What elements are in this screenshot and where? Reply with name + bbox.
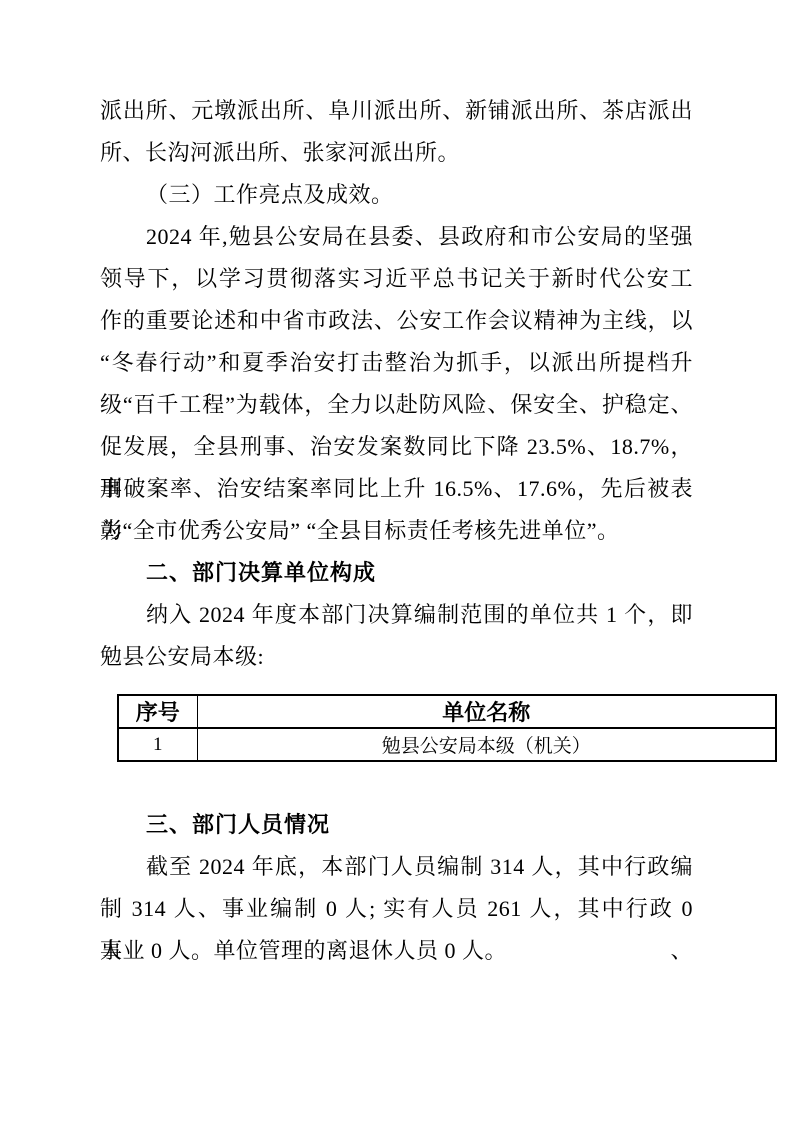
paragraph-line: 勉县公安局本级:: [100, 636, 693, 678]
table-header-unit-name: 单位名称: [197, 695, 776, 728]
table-header-row: 序号 单位名称: [118, 695, 776, 728]
section-heading-unit-composition: 二、部门决算单位构成: [100, 552, 693, 594]
paragraph-line: 派出所、元墩派出所、阜川派出所、新铺派出所、茶店派出: [100, 90, 693, 132]
paragraph-line: 事破案率、治安结案率同比上升 16.5%、17.6%，先后被表彰: [100, 468, 693, 510]
paragraph-line: 截至 2024 年底，本部门人员编制 314 人，其中行政编: [100, 846, 693, 888]
paragraph-line: 作的重要论述和中省市政法、公安工作会议精神为主线，以: [100, 300, 693, 342]
paragraph-line: 领导下，以学习贯彻落实习近平总书记关于新时代公安工: [100, 258, 693, 300]
paragraph-line: “冬春行动”和夏季治安打击整治为抓手，以派出所提档升: [100, 342, 693, 384]
units-table: 序号 单位名称 1 勉县公安局本级（机关）: [117, 694, 777, 762]
paragraph-line: 2024 年,勉县公安局在县委、县政府和市公安局的坚强: [100, 216, 693, 258]
paragraph-line: 纳入 2024 年度本部门决算编制范围的单位共 1 个，即: [100, 594, 693, 636]
paragraph-line: 促发展，全县刑事、治安发案数同比下降 23.5%、18.7%，刑: [100, 426, 693, 468]
paragraph-line: 为“全市优秀公安局” “全县目标责任考核先进单位”。: [100, 510, 693, 552]
table-cell-unit-name: 勉县公安局本级（机关）: [197, 728, 776, 761]
paragraph-line: 所、长沟河派出所、张家河派出所。: [100, 132, 693, 174]
paragraph-line: 级“百千工程”为载体，全力以赴防风险、保安全、护稳定、: [100, 384, 693, 426]
paragraph-line: 制 314 人、事业编制 0 人; 实有人员 261 人，其中行政 0 人、: [100, 888, 693, 930]
section-heading-personnel: 三、部门人员情况: [100, 804, 693, 846]
subsection-heading-highlights: （三）工作亮点及成效。: [100, 174, 693, 216]
personnel-section: 三、部门人员情况 截至 2024 年底，本部门人员编制 314 人，其中行政编 …: [100, 804, 693, 972]
table-row: 1 勉县公安局本级（机关）: [118, 728, 776, 761]
body-text: 派出所、元墩派出所、阜川派出所、新铺派出所、茶店派出 所、长沟河派出所、张家河派…: [100, 90, 693, 678]
table-header-index: 序号: [118, 695, 197, 728]
table-cell-index: 1: [118, 728, 197, 761]
document-page: 派出所、元墩派出所、阜川派出所、新铺派出所、茶店派出 所、长沟河派出所、张家河派…: [0, 0, 793, 1122]
